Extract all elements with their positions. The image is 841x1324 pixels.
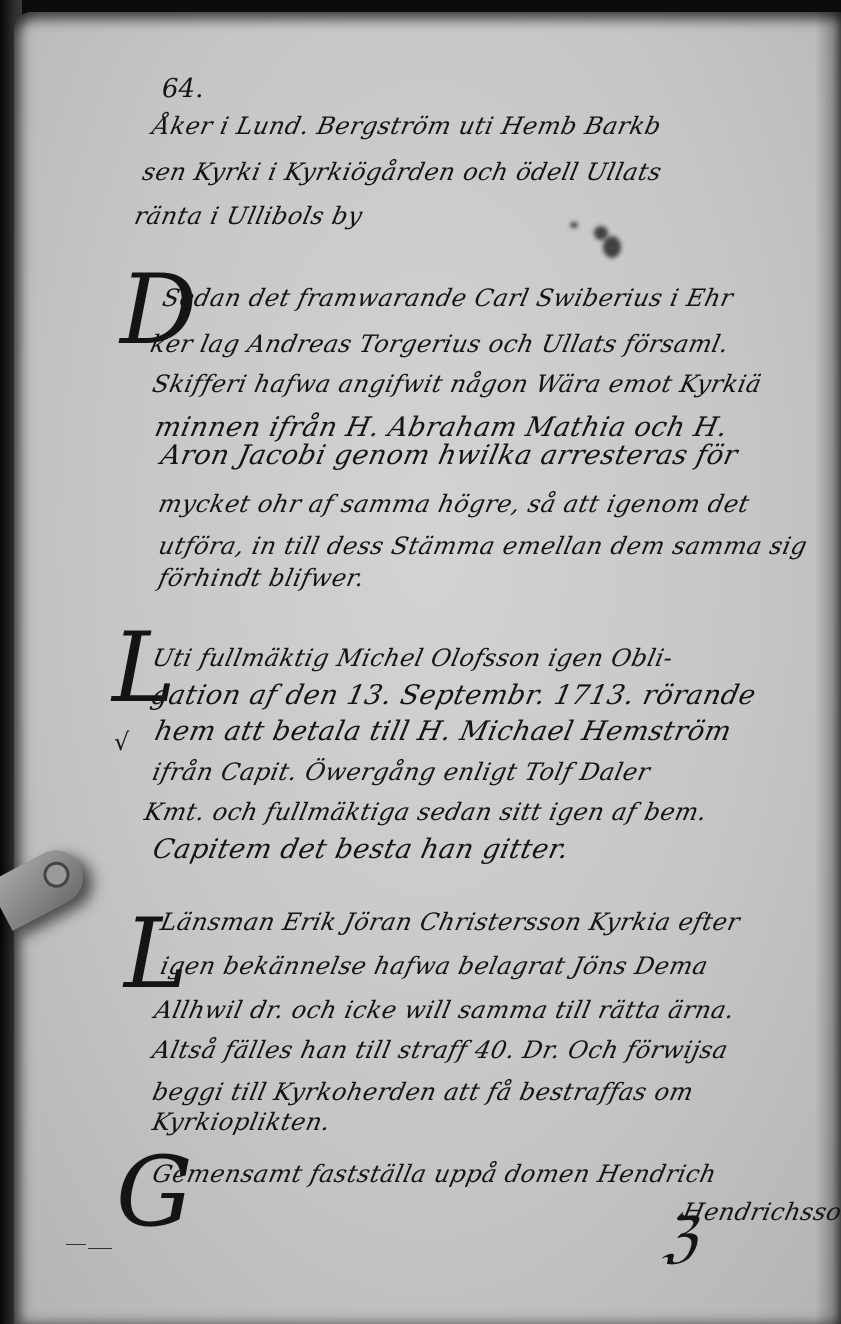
text-line: Uti fullmäktig Michel Olofsson igen Obli… <box>150 644 676 672</box>
text-line: Allhwil dr. och icke will samma till rät… <box>152 996 737 1024</box>
text-line: ifrån Capit. Öwergång enligt Tolf Daler <box>150 758 653 786</box>
text-line: förhindt blifwer. <box>156 564 367 592</box>
scanned-page-image: 64. Åker i Lund. Bergström uti Hemb Bark… <box>0 0 841 1324</box>
text-line: Altså fälles han till straff 40. Dr. Och… <box>150 1036 731 1064</box>
text-line: beggi till Kyrkoherden att få bestraffas… <box>150 1078 696 1106</box>
pencil-mark <box>66 1244 86 1245</box>
signature: Hendrichsson <box>680 1198 841 1226</box>
text-line: Länsman Erik Jöran Christersson Kyrkia e… <box>158 908 743 936</box>
page-fold-shadow <box>815 12 841 1324</box>
text-line: Sedan det framwarande Carl Swiberius i E… <box>160 284 736 312</box>
margin-checkmark: √ <box>114 728 129 756</box>
text-line: sen Kyrki i Kyrkiögården och ödell Ullat… <box>140 158 664 186</box>
rivet-icon <box>39 857 74 892</box>
text-line: Capitem det besta han gitter. <box>150 834 572 865</box>
text-line: minnen ifrån H. Abraham Mathia och H. <box>152 412 731 443</box>
text-line: Skifferi hafwa angifwit någon Wära emot … <box>150 370 764 398</box>
drop-initial: G <box>116 1144 193 1240</box>
ink-stain <box>570 222 578 228</box>
signature-flourish: ℨ <box>662 1210 697 1266</box>
page-number: 64. <box>162 74 203 104</box>
text-line: Aron Jacobi genom hwilka arresteras för <box>158 440 741 471</box>
text-line: utföra, in till dess Stämma emellan dem … <box>156 532 810 560</box>
text-line: mycket ohr af samma högre, så att igenom… <box>156 490 752 518</box>
pencil-mark <box>88 1248 112 1249</box>
text-line: ker lag Andreas Torgerius och Ullats för… <box>148 330 731 358</box>
text-line: Åker i Lund. Bergström uti Hemb Barkb <box>150 112 664 140</box>
text-line: ränta i Ullibols by <box>132 202 365 230</box>
text-line: igen bekännelse hafwa belagrat Jöns Dema <box>158 952 711 980</box>
text-line: Kyrkioplikten. <box>150 1108 333 1136</box>
text-line: hem att betala till H. Michael Hemström <box>152 716 734 747</box>
text-line: Kmt. och fullmäktiga sedan sitt igen af … <box>142 798 710 826</box>
ink-stain <box>603 236 621 258</box>
text-line: gation af den 13. Septembr. 1713. rörand… <box>148 680 759 711</box>
text-line: Gemensamt fastställa uppå domen Hendrich <box>150 1160 719 1188</box>
